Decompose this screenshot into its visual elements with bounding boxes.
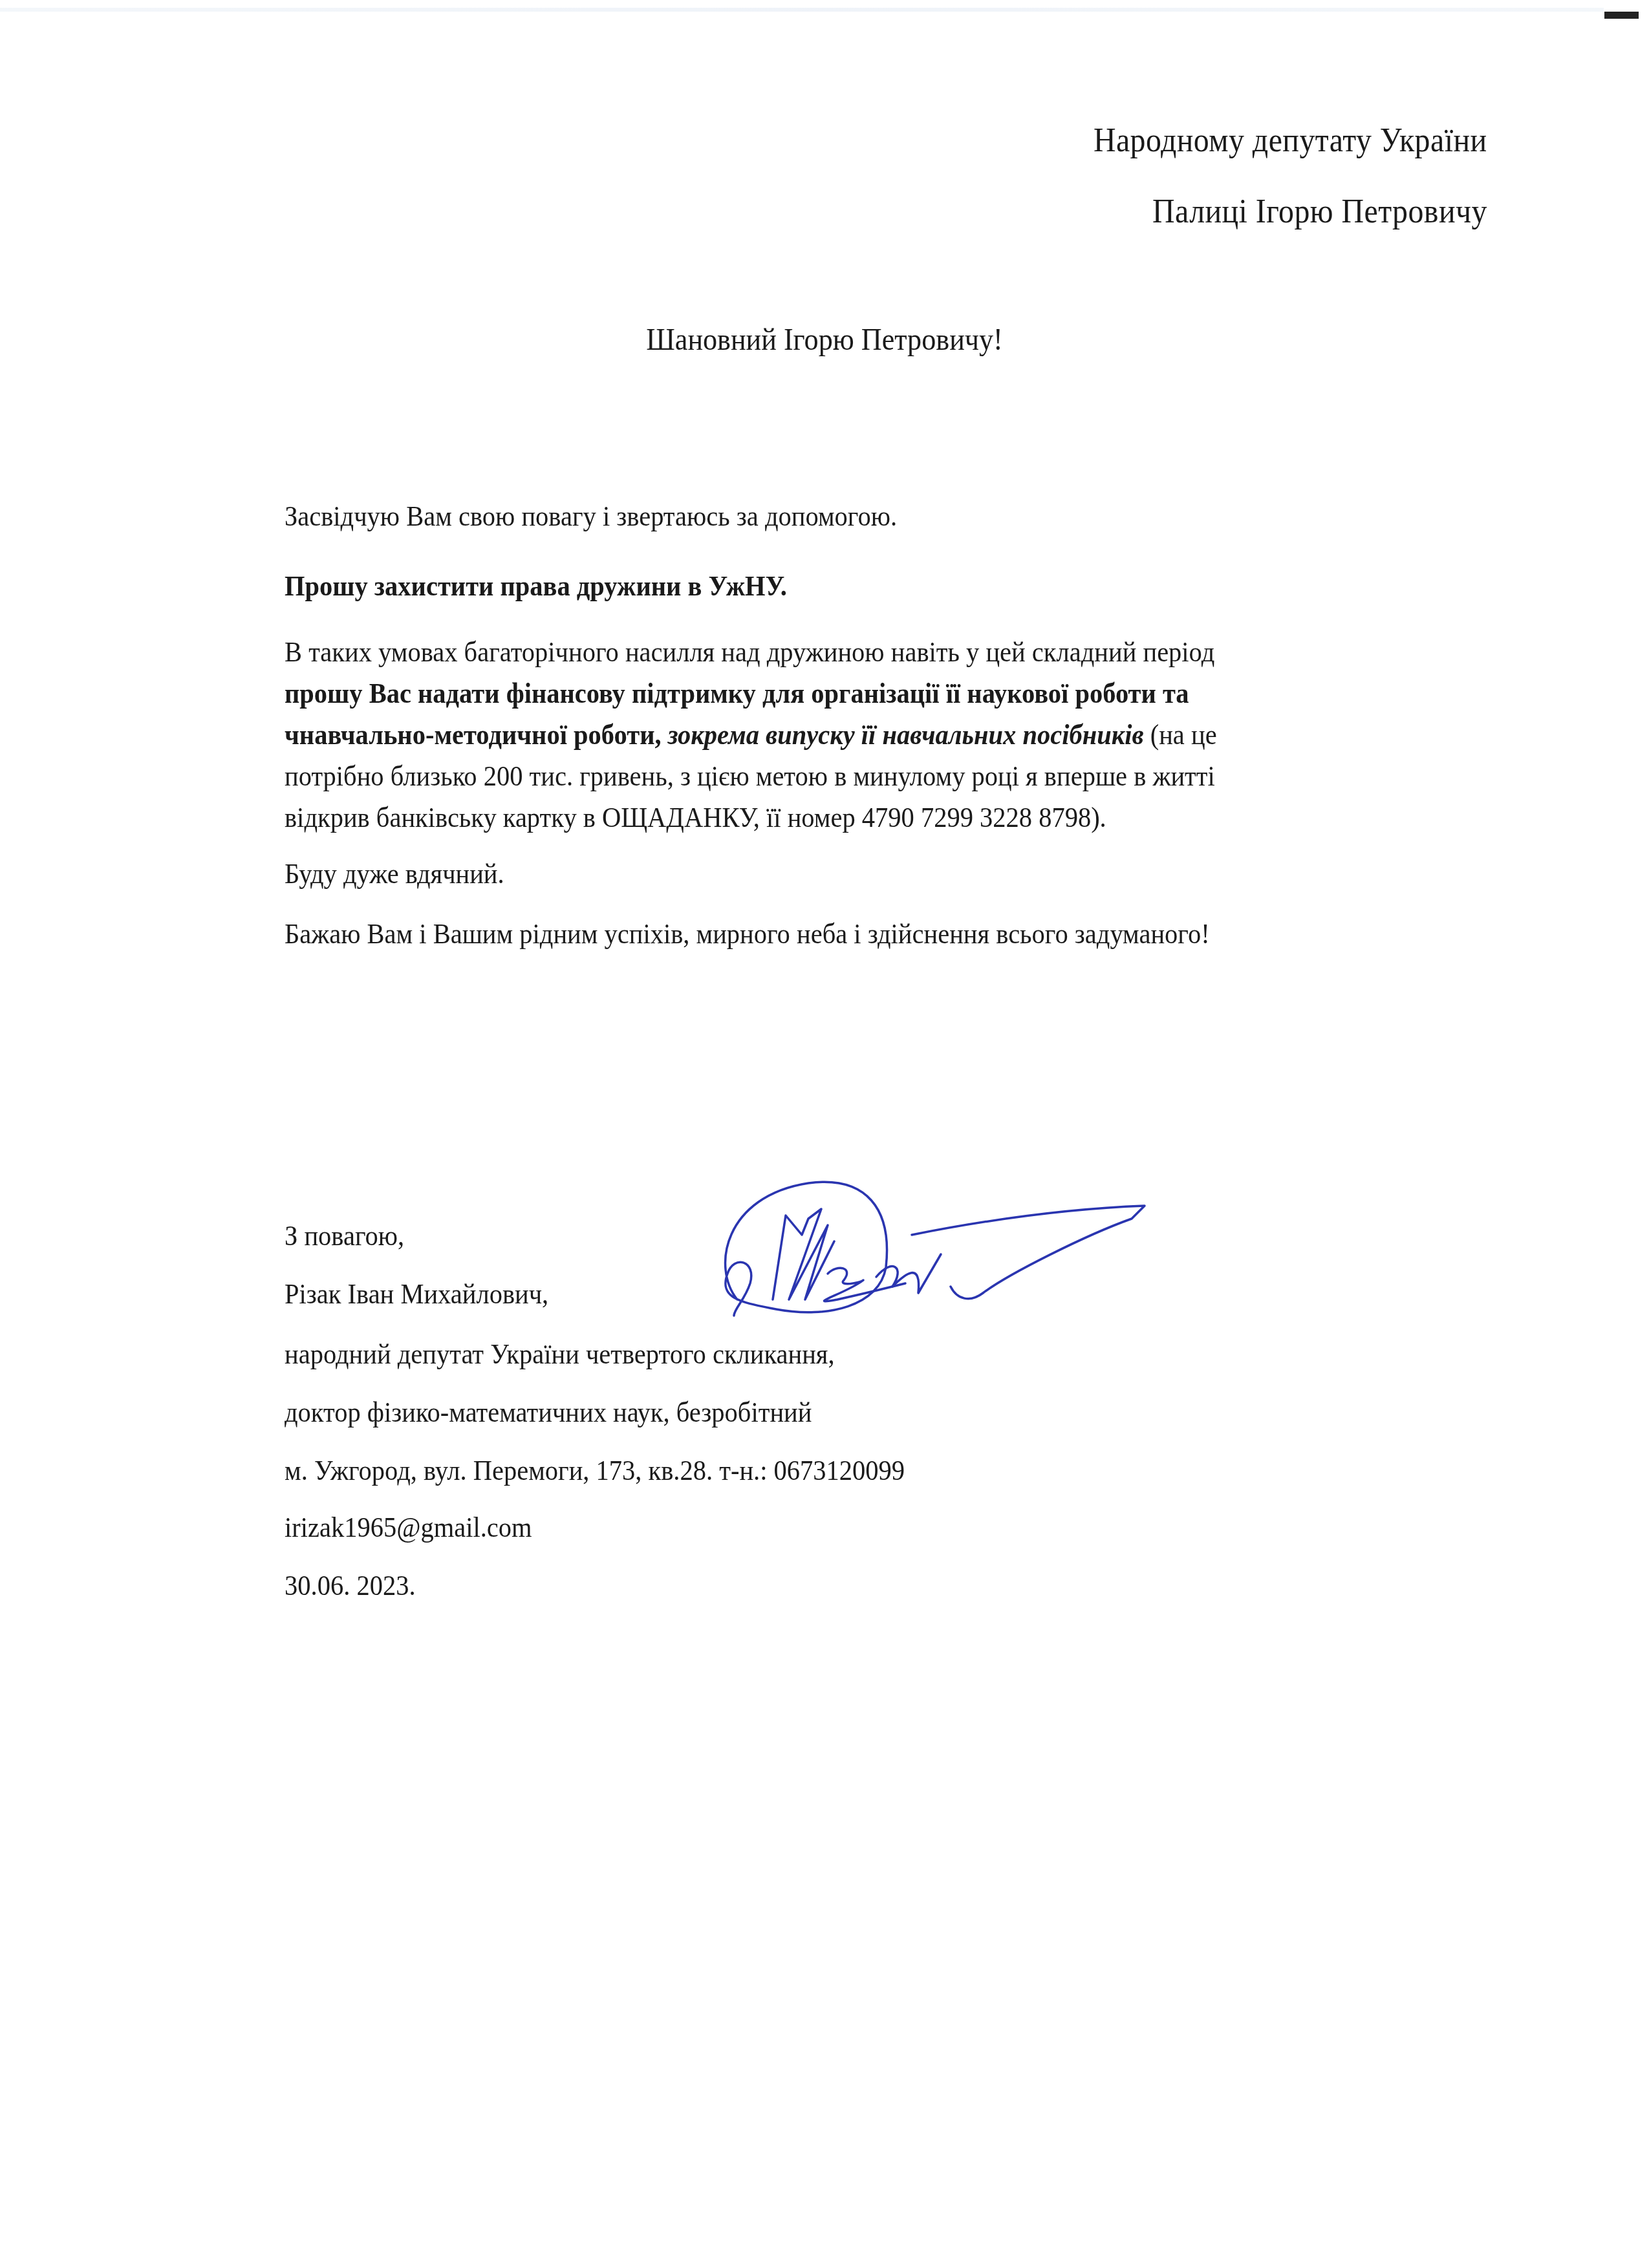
body-line-3-regular: (на це: [1144, 718, 1217, 751]
letter-date: 30.06. 2023.: [285, 1568, 416, 1602]
paragraph-body-line-5: відкрив банківську картку в ОЩАДАНКУ, її…: [285, 800, 1106, 834]
signatory-name: Різак Іван Михайлович,: [285, 1277, 548, 1311]
signatory-address: м. Ужгород, вул. Перемоги, 173, кв.28. т…: [285, 1453, 905, 1487]
paragraph-wishes: Бажаю Вам і Вашим рідним успіхів, мирног…: [285, 917, 1210, 950]
signatory-degree: доктор фізико-математичних наук, безробі…: [285, 1395, 812, 1429]
scan-corner-mark: [1604, 12, 1639, 19]
scan-edge-artifact: [0, 8, 1604, 12]
handwritten-signature: [698, 1170, 1216, 1325]
body-line-3-bold-italic: зокрема випуску її навчальних посібників: [662, 718, 1144, 751]
paragraph-thanks: Буду дуже вдячний.: [285, 857, 504, 890]
paragraph-body-line-2: прошу Вас надати фінансову підтримку для…: [285, 676, 1189, 710]
addressee-line-1: Народному депутату України: [1094, 122, 1487, 160]
addressee-line-2: Палиці Ігорю Петровичу: [1152, 193, 1487, 231]
signatory-email: irizak1965@gmail.com: [285, 1510, 532, 1544]
closing-regards: З повагою,: [285, 1219, 404, 1252]
paragraph-respect: Засвідчую Вам свою повагу і звертаюсь за…: [285, 499, 897, 533]
signatory-title: народний депутат України четвертого скли…: [285, 1337, 835, 1371]
salutation: Шановний Ігорю Петровичу!: [66, 322, 1583, 358]
paragraph-body-line-3: чнавчально-методичної роботи, зокрема ви…: [285, 718, 1217, 751]
body-line-3-bold: чнавчально-методичної роботи,: [285, 718, 662, 751]
paragraph-body-line-1: В таких умовах багаторічного насилля над…: [285, 635, 1214, 669]
paragraph-body-line-4: потрібно близько 200 тис. гривень, з ціє…: [285, 759, 1215, 793]
paragraph-request-heading: Прошу захистити права дружини в УжНУ.: [285, 569, 787, 603]
